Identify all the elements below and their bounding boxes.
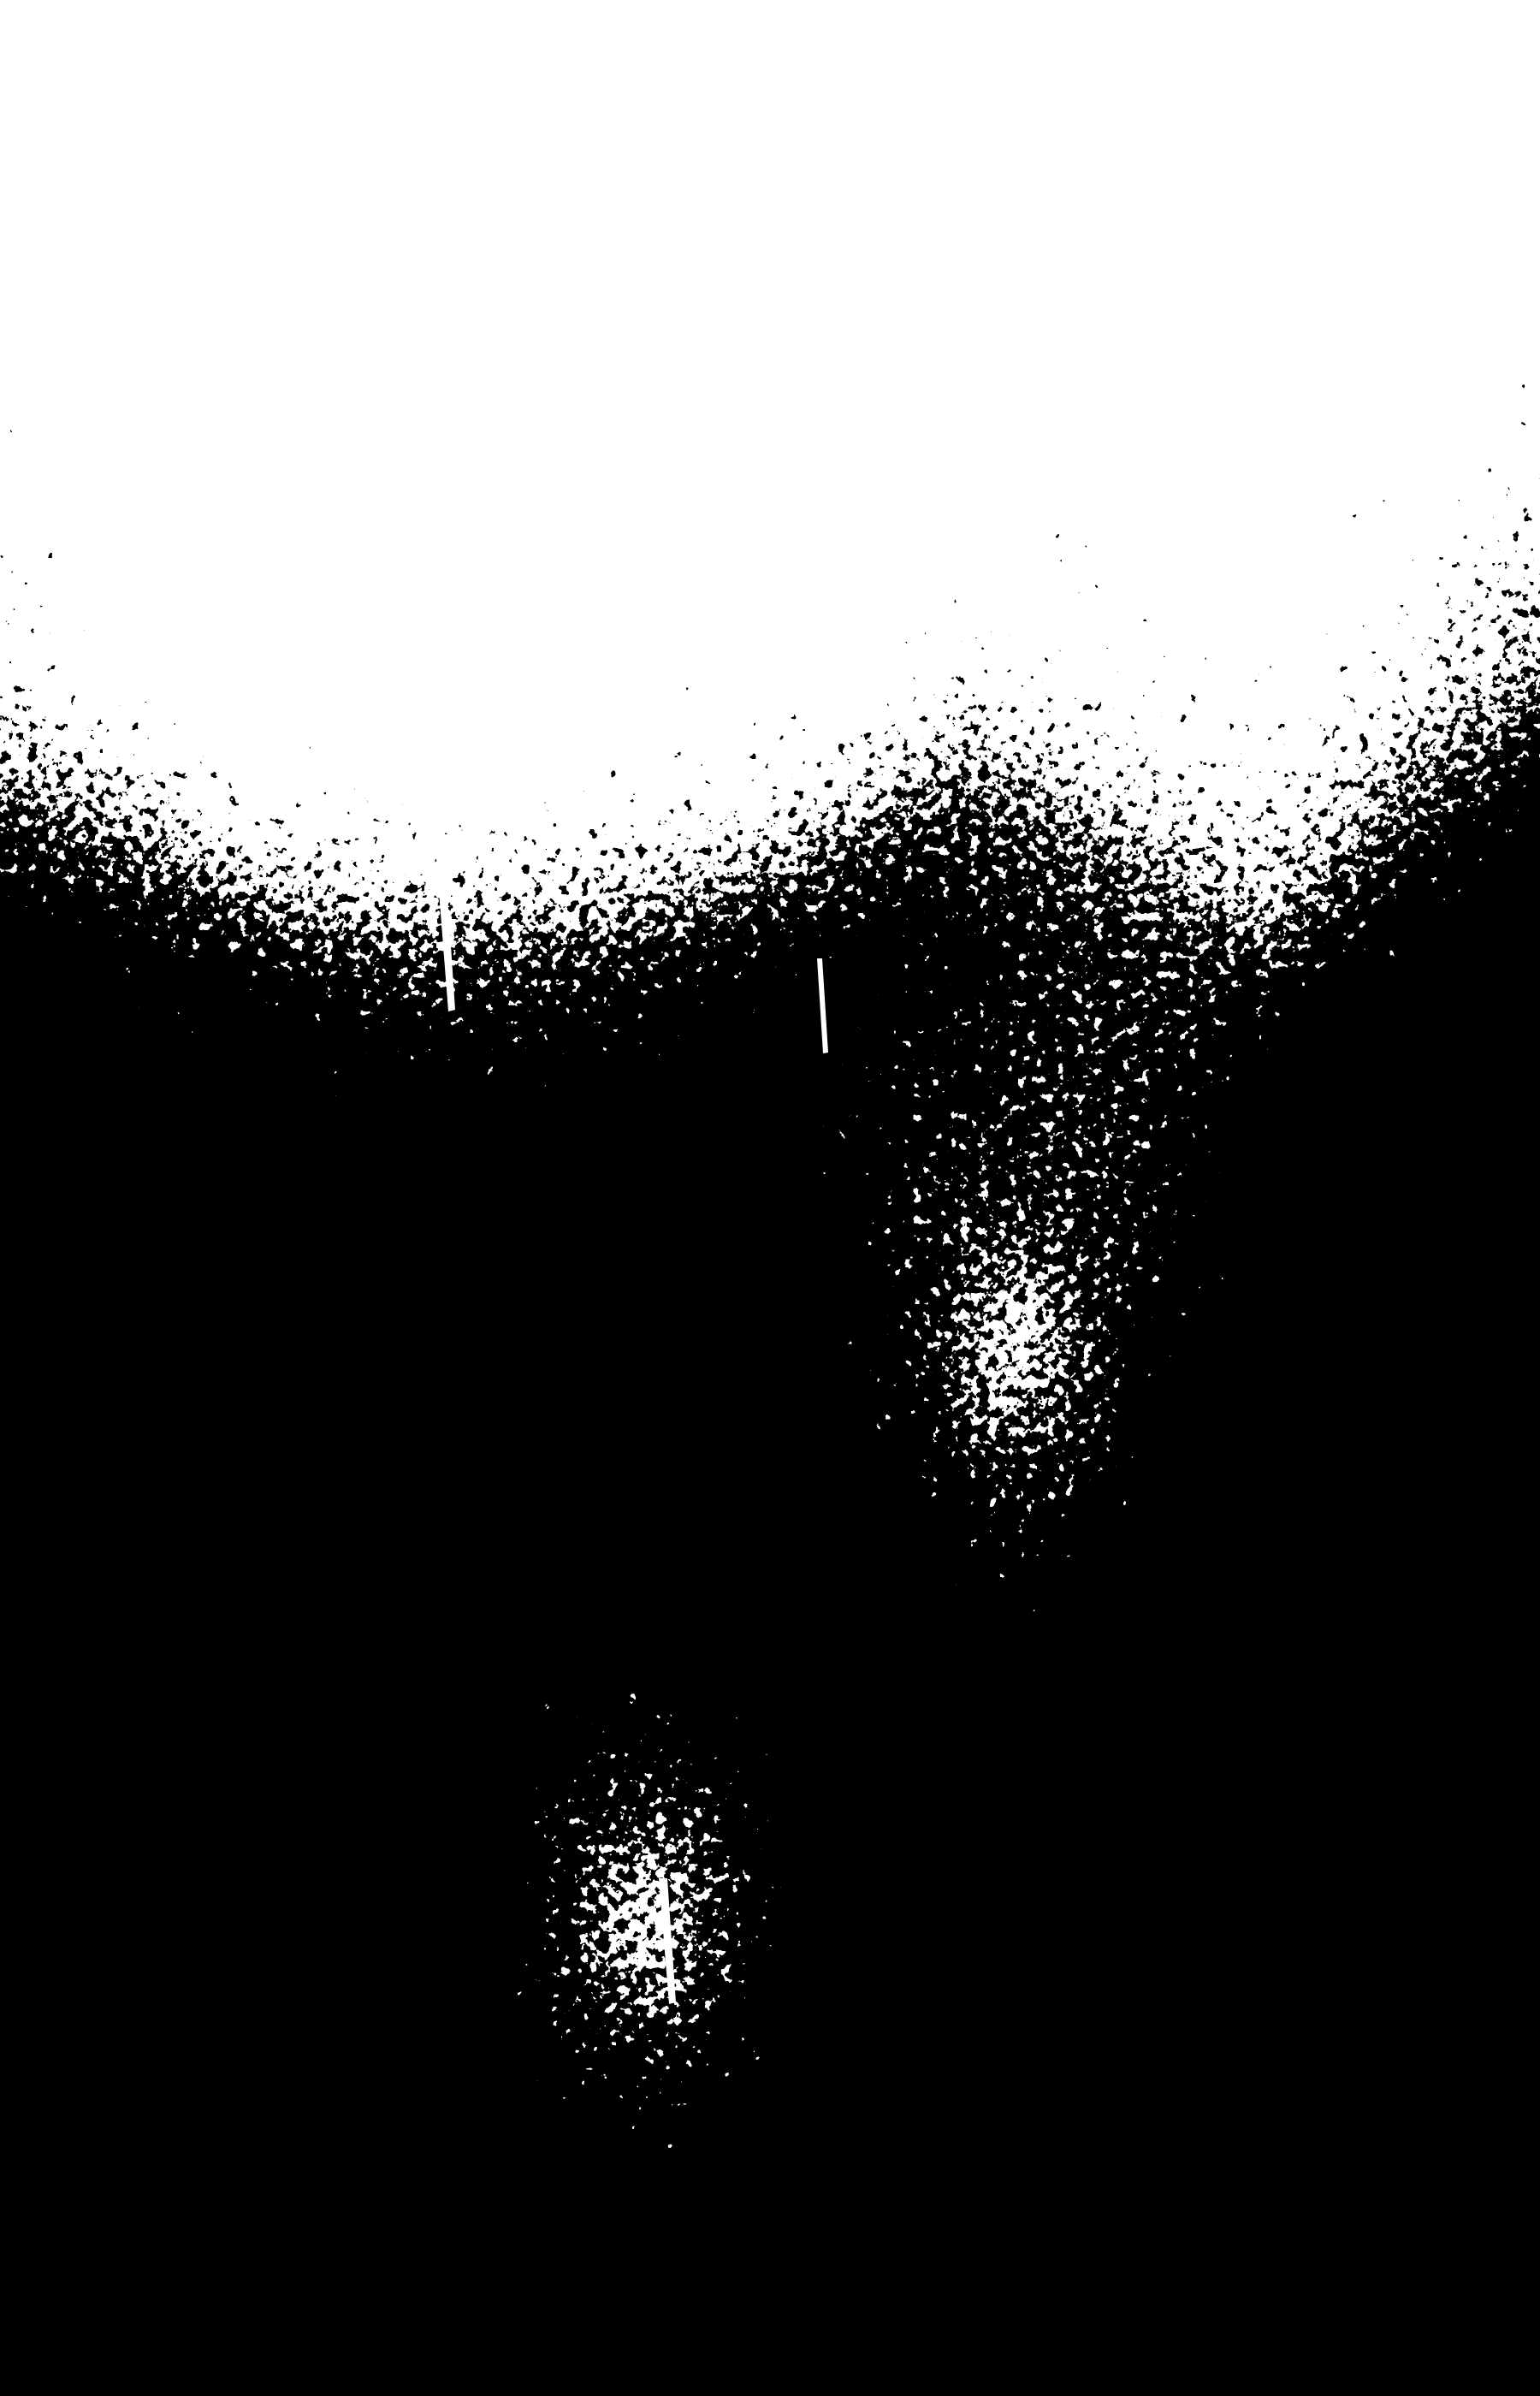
grunge-texture-image — [0, 0, 1540, 2396]
grunge-texture-canvas — [0, 0, 1540, 2396]
